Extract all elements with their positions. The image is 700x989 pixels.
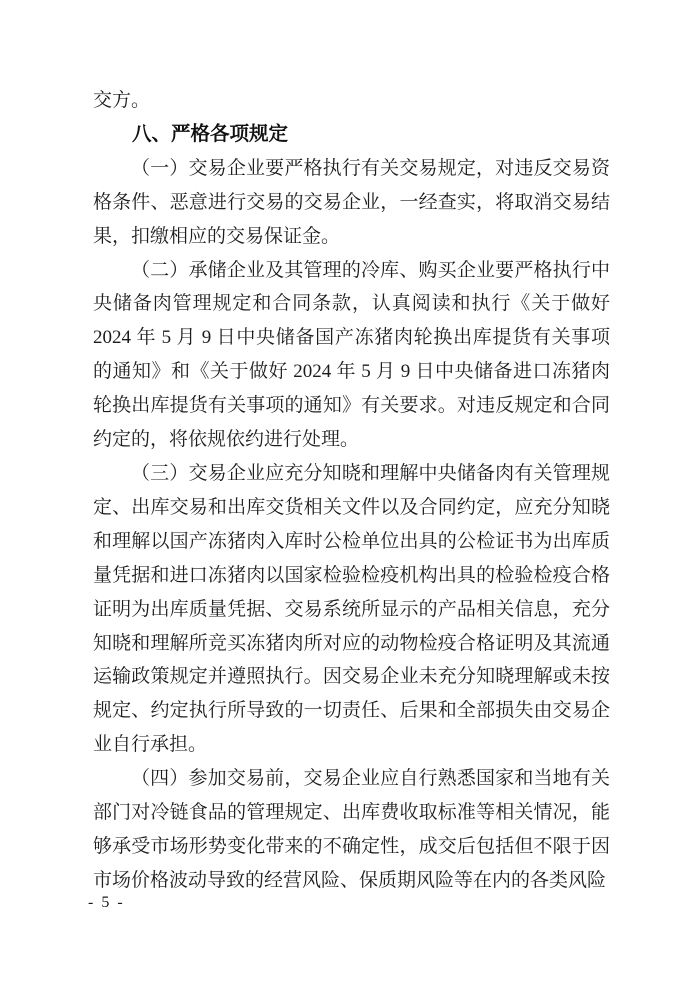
paragraph-item-2: （二）承储企业及其管理的冷库、购买企业要严格执行中央储备肉管理规定和合同条款，认… (93, 254, 610, 457)
document-body: 交方。 八、严格各项规定 （一）交易企业要严格执行有关交易规定，对违反交易资格条… (93, 84, 610, 898)
document-page: 交方。 八、严格各项规定 （一）交易企业要严格执行有关交易规定，对违反交易资格条… (0, 0, 700, 989)
paragraph-item-1: （一）交易企业要严格执行有关交易规定，对违反交易资格条件、恶意进行交易的交易企业… (93, 152, 610, 254)
paragraph-item-3: （三）交易企业应充分知晓和理解中央储备肉有关管理规定、出库交易和出库交货相关文件… (93, 457, 610, 762)
page-number: - 5 - (88, 894, 125, 912)
paragraph-item-4: （四）参加交易前，交易企业应自行熟悉国家和当地有关部门对冷链食品的管理规定、出库… (93, 762, 610, 898)
paragraph-continuation: 交方。 (93, 84, 610, 118)
section-heading: 八、严格各项规定 (93, 118, 610, 152)
